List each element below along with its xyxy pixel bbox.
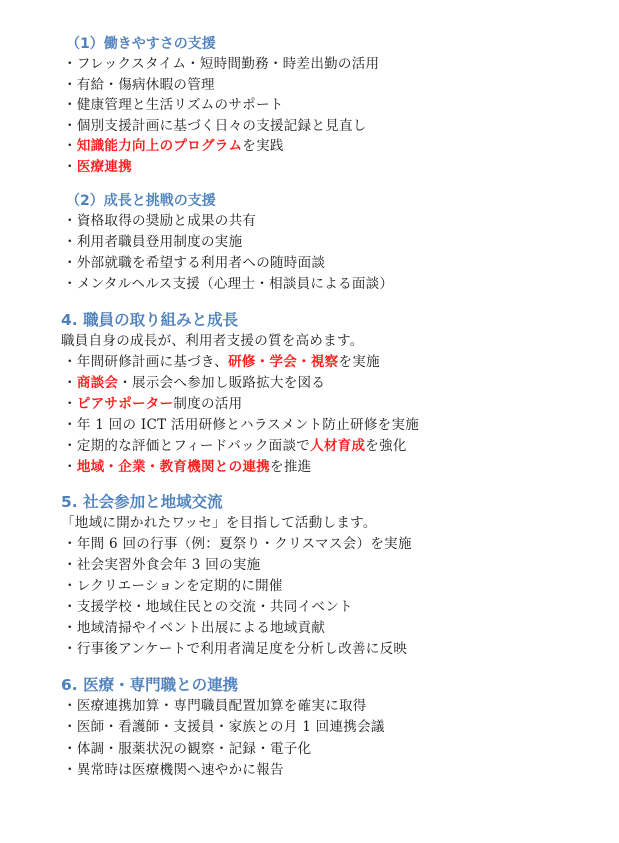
item-text: 異常時は医療機関へ速やかに報告 [77,762,284,778]
document-page: （1）働きやすさの支援 ・フレックスタイム・短時間勤務・時差出勤の活用 ・有給・… [0,0,619,843]
list-item: ・資格取得の奨励と成果の共有 [63,211,256,232]
bullet: ・ [63,536,77,552]
bullet: ・ [63,698,77,714]
item-text: 年間 6 回の行事（例：夏祭り・クリスマス会）を実施 [77,536,412,552]
list-item: ・レクリエーションを定期的に開催 [63,576,283,597]
bullet: ・ [63,234,77,250]
highlight-text: 人材育成 [310,438,365,454]
bullet: ・ [63,375,77,391]
highlight-text: 地域・企業・教育機関との連携 [77,459,270,475]
list-item: ・外部就職を希望する利用者への随時面談 [63,253,325,274]
item-text: 個別支援計画に基づく日々の支援記録と見直し [77,118,367,134]
bullet: ・ [63,417,77,433]
list-item: ・年間 6 回の行事（例：夏祭り・クリスマス会）を実施 [63,534,412,555]
item-text: 制度の活用 [173,396,242,412]
list-item: ・フレックスタイム・短時間勤務・時差出勤の活用 [63,54,379,75]
list-item: ・体調・服薬状況の観察・記録・電子化 [63,739,311,760]
item-text: を強化 [365,438,406,454]
bullet: ・ [63,459,77,475]
item-text: 医師・看護師・支援員・家族との月 1 回連携会議 [77,719,385,735]
list-item: ・商談会・展示会へ参加し販路拡大を図る [63,373,325,394]
item-text: 有給・傷病休暇の管理 [77,77,215,93]
bullet: ・ [63,118,77,134]
list-item: ・有給・傷病休暇の管理 [63,75,215,96]
item-text: 支援学校・地域住民との交流・共同イベント [77,599,353,615]
item-text: 医療連携加算・専門職員配置加算を確実に取得 [77,698,367,714]
item-text: 定期的な評価とフィードバック面談で [77,438,310,454]
bullet: ・ [63,213,77,229]
section-intro: 「地域に開かれたワッセ」を目指して活動します。 [61,513,377,534]
bullet: ・ [63,159,77,175]
item-text: を推進 [270,459,311,475]
bullet: ・ [63,762,77,778]
highlight-text: 知識能力向上のプログラム [77,138,242,154]
section-heading-5: 5. 社会参加と地域交流 [61,491,223,513]
highlight-text: 研修・学会・視察 [228,354,338,370]
section-heading-4: 4. 職員の取り組みと成長 [61,309,238,331]
list-item: ・社会実習外食会年 3 回の実施 [63,555,260,576]
item-text: 地域清掃やイベント出展による地域貢献 [77,620,325,636]
list-item: ・ピアサポーター制度の活用 [63,394,242,415]
bullet: ・ [63,741,77,757]
list-item: ・年 1 回の ICT 活用研修とハラスメント防止研修を実施 [63,415,419,436]
bullet: ・ [63,438,77,454]
section-intro: 職員自身の成長が、利用者支援の質を高めます。 [61,331,364,352]
bullet: ・ [63,276,77,292]
item-text: 年 1 回の ICT 活用研修とハラスメント防止研修を実施 [77,417,419,433]
bullet: ・ [63,641,77,657]
item-text: レクリエーションを定期的に開催 [77,578,283,594]
subsection-heading-2: （2）成長と挑戦の支援 [66,191,216,212]
bullet: ・ [63,77,77,93]
list-item: ・定期的な評価とフィードバック面談で人材育成を強化 [63,436,407,457]
item-text: 行事後アンケートで利用者満足度を分析し改善に反映 [77,641,407,657]
item-text: を実践 [242,138,283,154]
item-text: 体調・服薬状況の観察・記録・電子化 [77,741,312,757]
highlight-text: ピアサポーター [77,396,174,412]
bullet: ・ [63,138,77,154]
bullet: ・ [63,255,77,271]
bullet: ・ [63,396,77,412]
bullet: ・ [63,354,77,370]
list-item: ・個別支援計画に基づく日々の支援記録と見直し [63,116,367,137]
item-text: 健康管理と生活リズムのサポート [77,97,284,113]
list-item: ・利用者職員登用制度の実施 [63,232,242,253]
bullet: ・ [63,97,77,113]
highlight-text: 医療連携 [77,159,132,175]
list-item: ・健康管理と生活リズムのサポート [63,95,284,116]
list-item: ・支援学校・地域住民との交流・共同イベント [63,597,353,618]
item-text: 年間研修計画に基づき、 [77,354,228,370]
list-item: ・医療連携 [63,157,132,178]
list-item: ・地域・企業・教育機関との連携を推進 [63,457,311,478]
item-text: 外部就職を希望する利用者への随時面談 [77,255,325,271]
item-text: ・展示会へ参加し販路拡大を図る [118,375,325,391]
bullet: ・ [63,578,77,594]
list-item: ・メンタルヘルス支援（心理士・相談員による面談） [63,274,393,295]
list-item: ・知識能力向上のプログラムを実践 [63,136,284,157]
item-text: 利用者職員登用制度の実施 [77,234,243,250]
item-text: 資格取得の奨励と成果の共有 [77,213,256,229]
item-text: フレックスタイム・短時間勤務・時差出勤の活用 [77,56,380,72]
list-item: ・行事後アンケートで利用者満足度を分析し改善に反映 [63,639,407,660]
bullet: ・ [63,557,77,573]
item-text: メンタルヘルス支援（心理士・相談員による面談） [77,276,393,292]
list-item: ・異常時は医療機関へ速やかに報告 [63,760,284,781]
list-item: ・年間研修計画に基づき、研修・学会・視察を実施 [63,352,380,373]
subsection-heading-1: （1）働きやすさの支援 [66,34,216,55]
section-heading-6: 6. 医療・専門職との連携 [61,674,238,696]
item-text: を実施 [338,354,379,370]
bullet: ・ [63,56,77,72]
list-item: ・地域清掃やイベント出展による地域貢献 [63,618,325,639]
bullet: ・ [63,599,77,615]
highlight-text: 商談会 [77,375,118,391]
list-item: ・医師・看護師・支援員・家族との月 1 回連携会議 [63,717,385,738]
item-text: 社会実習外食会年 3 回の実施 [77,557,261,573]
bullet: ・ [63,620,77,636]
bullet: ・ [63,719,77,735]
list-item: ・医療連携加算・専門職員配置加算を確実に取得 [63,696,367,717]
